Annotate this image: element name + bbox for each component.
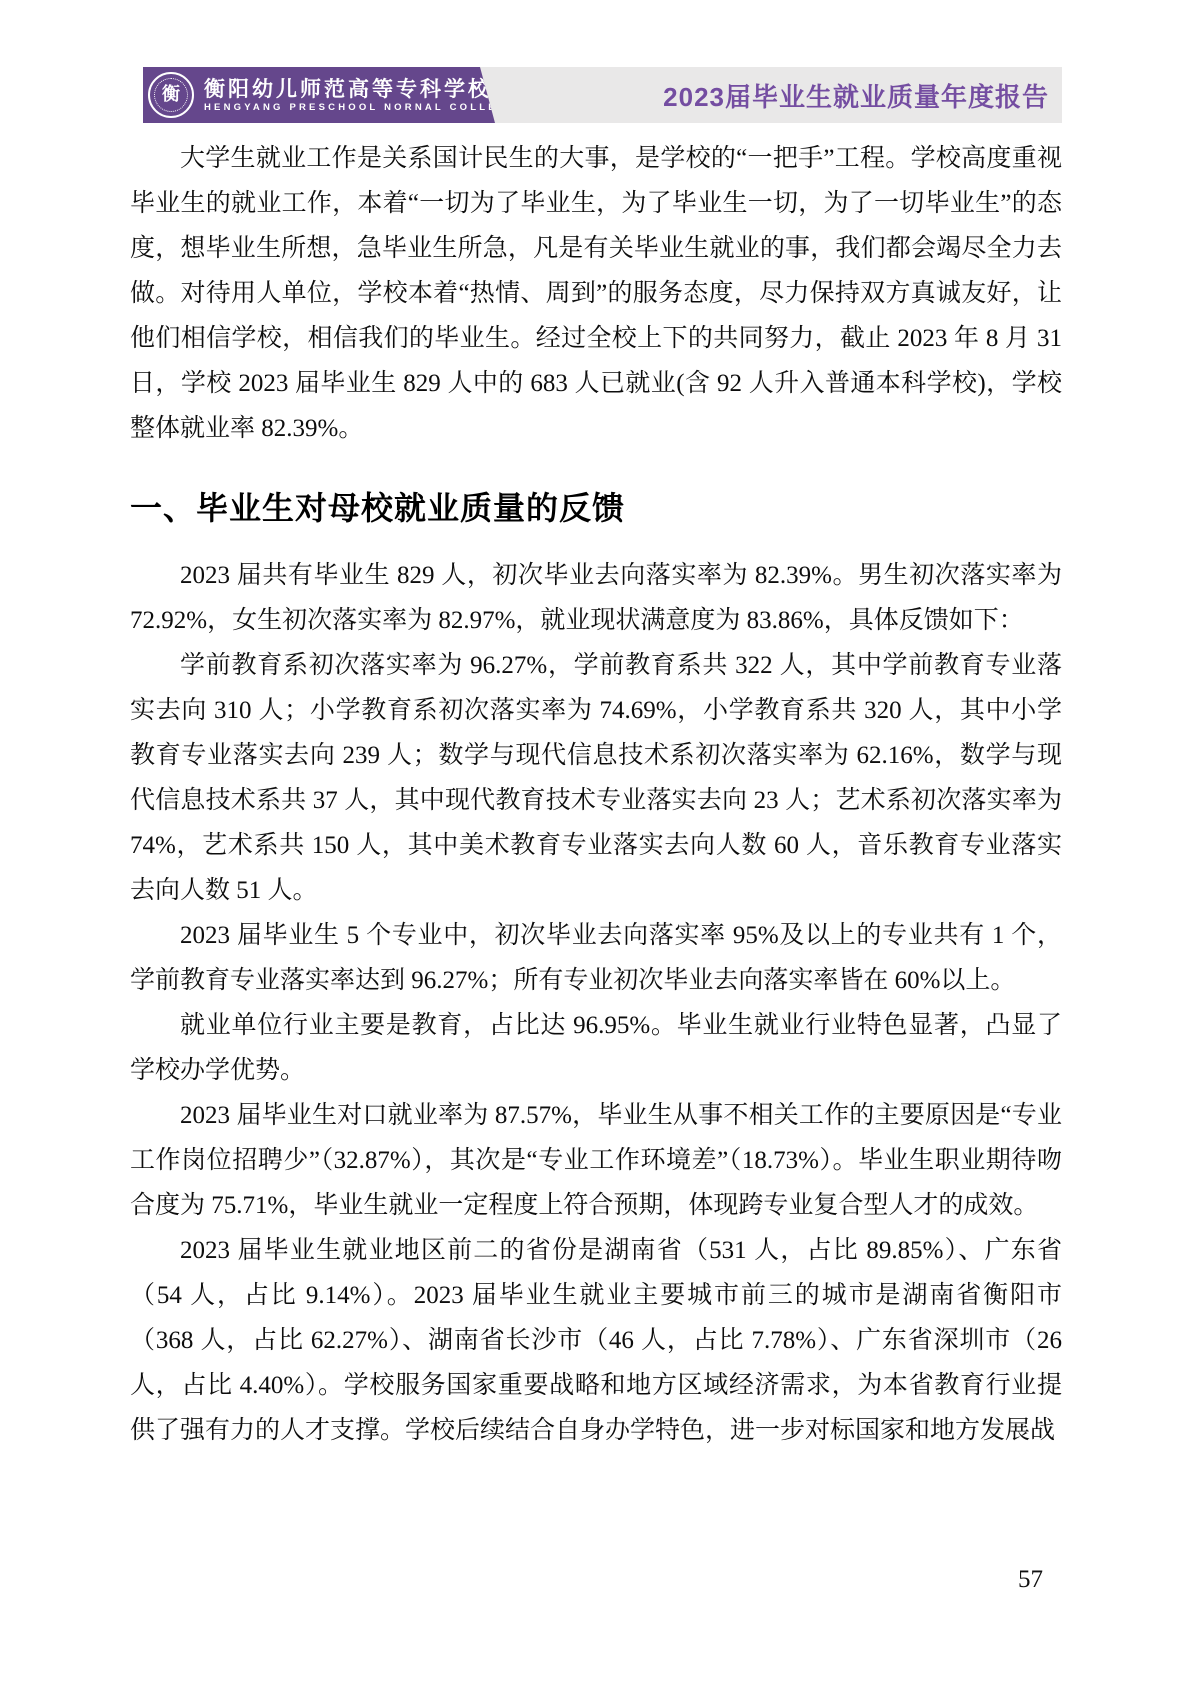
document-body: 大学生就业工作是关系国计民生的大事，是学校的“一把手”工程。学校高度重视毕业生的… <box>130 136 1062 1453</box>
school-name-english: HENGYANG PRESCHOOL NORNAL COLLEGE <box>204 101 518 114</box>
page-header: 衡 衡阳幼儿师范高等专科学校 HENGYANG PRESCHOOL NORNAL… <box>143 67 1062 123</box>
school-name-block: 衡阳幼儿师范高等专科学校 HENGYANG PRESCHOOL NORNAL C… <box>204 77 518 114</box>
paragraph: 2023 届毕业生就业地区前二的省份是湖南省（531 人，占比 89.85%）、… <box>130 1228 1062 1453</box>
report-title: 2023届毕业生就业质量年度报告 <box>663 67 1049 123</box>
report-page: 衡 衡阳幼儿师范高等专科学校 HENGYANG PRESCHOOL NORNAL… <box>0 0 1190 1684</box>
paragraph: 2023 届毕业生对口就业率为 87.57%，毕业生从事不相关工作的主要原因是“… <box>130 1093 1062 1228</box>
seal-center-glyph: 衡 <box>162 86 180 104</box>
school-name-chinese: 衡阳幼儿师范高等专科学校 <box>204 77 518 101</box>
paragraph: 2023 届共有毕业生 829 人，初次毕业去向落实率为 82.39%。男生初次… <box>130 553 1062 643</box>
school-banner: 衡 衡阳幼儿师范高等专科学校 HENGYANG PRESCHOOL NORNAL… <box>143 67 495 123</box>
school-seal-logo: 衡 <box>148 72 194 118</box>
page-number: 57 <box>1018 1566 1043 1594</box>
paragraph: 就业单位行业主要是教育，占比达 96.95%。毕业生就业行业特色显著，凸显了学校… <box>130 1003 1062 1093</box>
paragraph: 学前教育系初次落实率为 96.27%，学前教育系共 322 人，其中学前教育专业… <box>130 643 1062 913</box>
intro-paragraph: 大学生就业工作是关系国计民生的大事，是学校的“一把手”工程。学校高度重视毕业生的… <box>130 136 1062 451</box>
section-heading: 一、毕业生对母校就业质量的反馈 <box>130 485 1062 531</box>
paragraph: 2023 届毕业生 5 个专业中，初次毕业去向落实率 95%及以上的专业共有 1… <box>130 913 1062 1003</box>
